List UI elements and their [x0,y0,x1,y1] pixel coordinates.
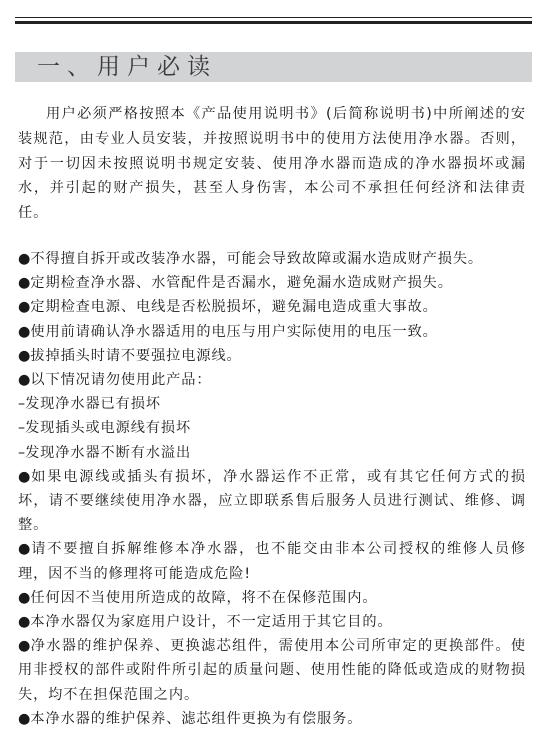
condition-item: –发现净水器不断有水溢出 [18,441,526,465]
bullet-icon: ● [18,590,30,606]
bullet-icon: ● [18,711,30,727]
notice-item: ●请不要擅自拆解维修本净水器，也不能交由非本公司授权的维修人员修理，因不当的修理… [18,537,526,585]
notice-text: 请不要擅自拆解维修本净水器，也不能交由非本公司授权的维修人员修理，因不当的修理将… [18,541,526,581]
notice-item: ●不得擅自拆开或改装净水器，可能会导致故障或漏水造成财产损失。 [18,247,526,271]
notice-item: ●本净水器的维护保养、滤芯组件更换为有偿服务。 [18,707,526,731]
bullet-icon: ● [18,638,31,654]
notice-text: 使用前请确认净水器适用的电压与用户实际使用的电压一致。 [30,324,437,340]
notice-item: ●拔掉插头时请不要强拉电源线。 [18,344,526,368]
bullet-icon: ● [18,469,31,485]
condition-item: –发现净水器已有损坏 [18,392,526,416]
notice-text: 定期检查电源、电线是否松脱损坏，避免漏电造成重大事故。 [30,299,437,315]
notice-text: 如果电源线或插头有损坏，净水器运作不正常，或有其它任何方式的损坏，请不要继续使用… [18,469,526,533]
bullet-icon: ● [18,324,30,340]
condition-text: 发现净水器已有损坏 [25,396,161,412]
bullet-icon: ● [18,275,30,291]
bullet-icon: ● [18,251,30,267]
notice-item: ●使用前请确认净水器适用的电压与用户实际使用的电压一致。 [18,320,526,344]
notice-item: ●以下情况请勿使用此产品： [18,368,526,392]
header-rule-thin [15,17,532,18]
notice-text: 不得擅自拆开或改装净水器，可能会导致故障或漏水造成财产损失。 [30,251,483,267]
notice-text: 任何因不当使用所造成的故障，将不在保修范围内。 [30,590,377,606]
section-header-bar: 一、用户必读 [15,52,532,82]
notice-item: ●本净水器仅为家庭用户设计，不一定适用于其它目的。 [18,610,526,634]
notice-text: 本净水器的维护保养、滤芯组件更换为有偿服务。 [30,711,362,727]
notice-item: ●如果电源线或插头有损坏，净水器运作不正常，或有其它任何方式的损坏，请不要继续使… [18,465,526,538]
bullet-icon: ● [18,614,30,630]
section-title: 一、用户必读 [37,53,217,81]
bullet-icon: ● [18,372,30,388]
notice-item: ●任何因不当使用所造成的故障，将不在保修范围内。 [18,586,526,610]
condition-text: 发现净水器不断有水溢出 [25,445,191,461]
bullet-icon: ● [18,299,30,315]
notice-text: 以下情况请勿使用此产品： [30,372,211,388]
notice-text: 净水器的维护保养、更换滤芯组件，需使用本公司所审定的更换部件。使用非授权的部件或… [18,638,526,702]
notice-text: 拔掉插头时请不要强拉电源线。 [30,348,241,364]
notice-text: 定期检查净水器、水管配件是否漏水，避免漏水造成财产损失。 [30,275,452,291]
bullet-icon: ● [18,541,31,557]
intro-paragraph: 用户必须严格按照本《产品使用说明书》(后简称说明书)中所阐述的安装规范，由专业人… [18,102,526,226]
condition-text: 发现插头或电源线有损坏 [25,420,191,436]
notice-item: ●定期检查电源、电线是否松脱损坏，避免漏电造成重大事故。 [18,295,526,319]
condition-item: –发现插头或电源线有损坏 [18,416,526,440]
header-rule-thick [15,21,532,24]
notice-item: ●定期检查净水器、水管配件是否漏水，避免漏水造成财产损失。 [18,271,526,295]
notice-text: 本净水器仅为家庭用户设计，不一定适用于其它目的。 [30,614,392,630]
notice-list: ●不得擅自拆开或改装净水器，可能会导致故障或漏水造成财产损失。 ●定期检查净水器… [18,247,526,731]
notice-item: ●净水器的维护保养、更换滤芯组件，需使用本公司所审定的更换部件。使用非授权的部件… [18,634,526,707]
bullet-icon: ● [18,348,30,364]
